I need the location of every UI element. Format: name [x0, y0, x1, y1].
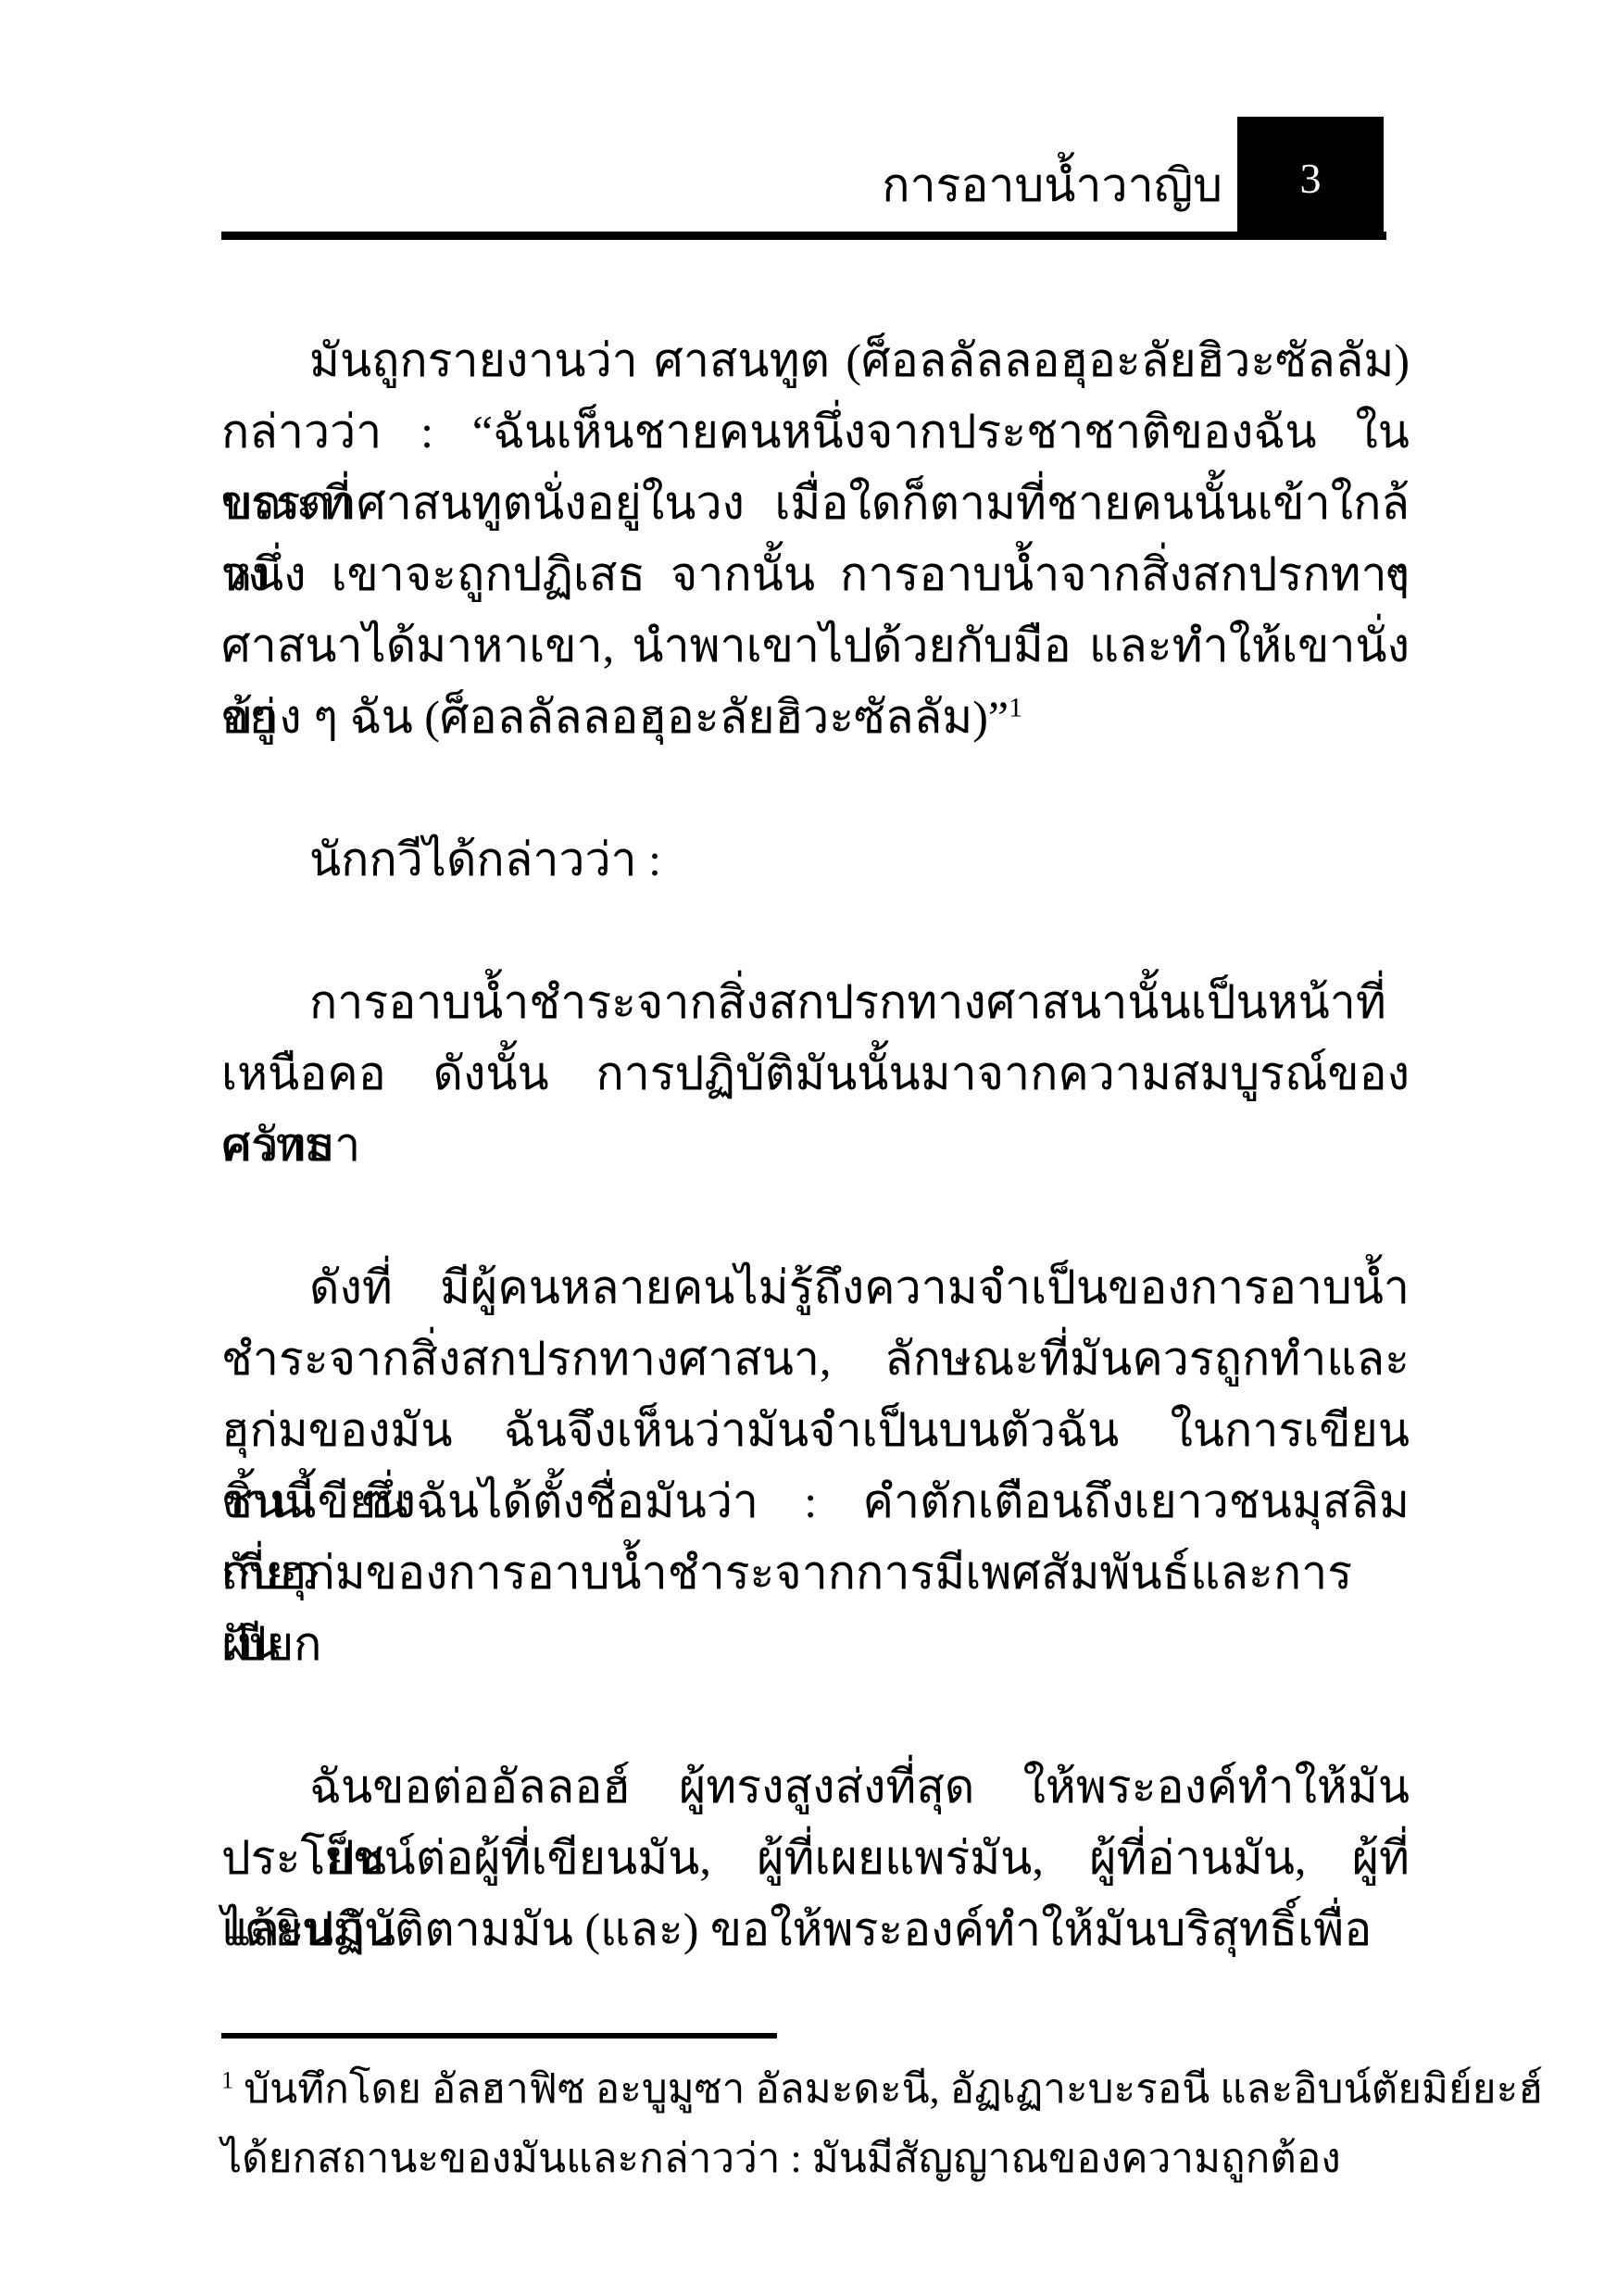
paragraph: การอาบน้ำชำระจากสิ่งสกปรกทางศาสนานั้นเป็… [221, 967, 1410, 1181]
footnote-line: ได้ยกสถานะของมันและกล่าวว่า : มันมีสัญญา… [221, 2124, 1410, 2193]
body-line: หนึ่ง เขาจะถูกปฏิเสธ จากนั้น การอาบน้ำจา… [221, 539, 1410, 610]
header-rule [221, 232, 1386, 240]
body-line: มันถูกรายงานว่า ศาสนทูต (ศ็อลลัลลอฮุอะลั… [221, 325, 1410, 396]
footnote-marker: 1 [221, 2065, 233, 2093]
body-line: และปฏิบัติตามมัน (และ) ขอให้พระองค์ทำให้… [221, 1894, 1410, 1965]
body-line: ประโยชน์ต่อผู้ที่เขียนมัน, ผู้ที่เผยแพร่… [221, 1823, 1410, 1894]
body-line: การอาบน้ำชำระจากสิ่งสกปรกทางศาสนานั้นเป็… [221, 967, 1410, 1038]
body-line: ข้าง ๆ ฉัน (ศ็อลลัลลอฮุอะลัยฮิวะซัลลัม)”… [221, 682, 1410, 753]
body-line: เปียก [221, 1609, 1410, 1680]
body-line: นักกวีได้กล่าวว่า : [221, 824, 1410, 896]
book-page: การอาบน้ำวาญิบ 3 มันถูกรายงานว่า ศาสนทูต… [0, 0, 1617, 2296]
page-title: การอาบน้ำวาญิบ [221, 137, 1222, 233]
body-line: ศาสนาได้มาหาเขา, นำพาเขาไปด้วยกับมือ และ… [221, 610, 1410, 682]
body-line: ชิ้นนี้ ซึ่งฉันได้ตั้งชื่อมันว่า : คำตัก… [221, 1466, 1410, 1537]
body-line: ดังที่ มีผู้คนหลายคนไม่รู้ถึงความจำเป็นข… [221, 1252, 1410, 1324]
footnote-line: 1 บันทึกโดย อัลฮาฟิซ อะบูมูซา อัลมะดะนี,… [221, 2054, 1410, 2124]
paragraph: มันถูกรายงานว่า ศาสนทูต (ศ็อลลัลลอฮุอะลั… [221, 325, 1410, 753]
paragraph: ฉันขอต่ออัลลอฮ์ ผู้ทรงสูงส่งที่สุด ให้พร… [221, 1751, 1410, 1965]
page-number: 3 [1300, 154, 1322, 203]
paragraph: นักกวีได้กล่าวว่า : [221, 824, 1410, 896]
footnote: 1 บันทึกโดย อัลฮาฟิซ อะบูมูซา อัลมะดะนี,… [221, 2054, 1410, 2193]
footnote-separator [221, 2033, 777, 2039]
body-line: ฮุก่มของมัน ฉันจึงเห็นว่ามันจำเป็นบนตัวฉ… [221, 1395, 1410, 1466]
body-line: ฉันขอต่ออัลลอฮ์ ผู้ทรงสูงส่งที่สุด ให้พร… [221, 1751, 1410, 1823]
body-line: กับฮุก่มของการอาบน้ำชำระจากการมีเพศสัมพั… [221, 1537, 1410, 1609]
body-text: มันถูกรายงานว่า ศาสนทูต (ศ็อลลัลลอฮุอะลั… [221, 325, 1410, 1965]
page-number-box: 3 [1237, 117, 1384, 239]
paragraph: ดังที่ มีผู้คนหลายคนไม่รู้ถึงความจำเป็นข… [221, 1252, 1410, 1680]
body-line: กล่าวว่า : “ฉันเห็นชายคนหนึ่งจากประชาชาต… [221, 396, 1410, 468]
footnote-reference-marker: 1 [1009, 692, 1022, 722]
body-line: บรรดาศาสนทูตนั่งอยู่ในวง เมื่อใดก็ตามที่… [221, 468, 1410, 539]
body-line: เหนือคอ ดังนั้น การปฏิบัติมันนั้นมาจากคว… [221, 1038, 1410, 1110]
body-line: ศรัทธา [221, 1110, 1410, 1181]
body-line: ชำระจากสิ่งสกปรกทางศาสนา, ลักษณะที่มันคว… [221, 1324, 1410, 1395]
